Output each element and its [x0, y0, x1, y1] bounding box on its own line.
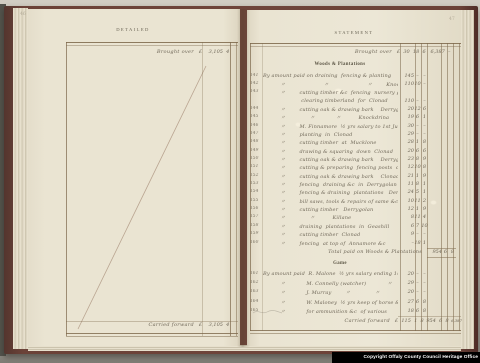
entry-description: 〃 J. Murray 〃 〃 — [263, 289, 398, 297]
ledger-row: 162 〃 M. Connelly (watcher) 〃29–– — [250, 280, 428, 288]
brought-over-label: Brought over — [70, 49, 197, 55]
rule-line — [250, 43, 461, 44]
entry-description: clearing timberland for Clonad — [263, 98, 398, 106]
page-content: 46 47 DETAILED STATEMENT Brought over £ … — [0, 0, 480, 363]
rule-line — [66, 45, 238, 46]
entry-description: 〃 drawing & squaring down Clonad — [263, 148, 398, 156]
entry-description: 〃 draining plantations in Geashill — [263, 223, 398, 231]
rule-line — [66, 42, 238, 43]
entry-description: 〃 planting in Clonad — [263, 131, 398, 139]
rule-line — [250, 43, 251, 331]
ledger-row: 154 〃 fencing & draining plantations Der… — [250, 189, 428, 197]
rule-line — [427, 43, 428, 331]
rule-line — [250, 330, 461, 331]
ledger-photo: 46 47 DETAILED STATEMENT Brought over £ … — [0, 0, 480, 363]
rule-line — [459, 43, 460, 331]
rule-line — [447, 43, 448, 331]
ledger-row: 148 〃 cutting timber at Mucklone2818 — [250, 139, 428, 147]
ledger-row: 143 〃 cutting timber &c fencing nursery … — [250, 89, 428, 97]
section-total-row: Total paid on Woods & Plantations95468 — [250, 249, 456, 255]
left-page-number: 46 — [20, 12, 26, 17]
brought-over-line: Brought over £ 3,105 4 — [70, 49, 234, 55]
ledger-row: 146 〃 M. Finnamore ½ yrs salary to 1st J… — [250, 123, 428, 131]
total-amount-a: 954 — [426, 249, 442, 255]
cancellation-line — [28, 9, 240, 347]
carried-forward-amount-3: 6,387 — [450, 318, 462, 324]
brought-over-label: Brought over — [250, 49, 395, 55]
rule-line — [398, 316, 461, 317]
entry-description: 〃 for ammunition &c of various — [263, 308, 398, 316]
ledger-row: 158 〃 draining plantations in Geashill67… — [250, 223, 428, 231]
rule-line — [441, 43, 442, 331]
entry-description: 〃 〃 〃 Knockdrina — [263, 114, 398, 122]
rule-line — [66, 333, 238, 334]
foxing-spot — [430, 200, 437, 205]
currency-symbol: £ — [393, 318, 400, 324]
ledger-row: 147 〃 planting in Clonad29–– — [250, 131, 428, 139]
brought-over-line: Brought over £ 30 18 6 6,387 – — [250, 49, 454, 55]
ledger-row: 151 〃 cutting & preparing fencing posts … — [250, 164, 428, 172]
entry-description: 〃 〃 Killane — [263, 214, 398, 222]
ledger-row: 145 〃 〃 〃 Knockdrina1961 — [250, 114, 428, 122]
entry-description: 〃 cutting & preparing fencing posts on l… — [263, 164, 398, 172]
entry-description: 〃 W. Maloney ½ yrs keep of horse & dogs — [263, 299, 398, 307]
rule-line — [421, 43, 422, 331]
entry-description: 〃 cutting timber &c fencing nursery grou… — [263, 89, 398, 97]
entry-description: 〃 fencing at top of Annamore &c — [263, 240, 398, 248]
rule-line — [66, 42, 67, 336]
rule-line — [262, 43, 263, 331]
ledger-row: 152 〃 cutting oak & drawing bark Clonad2… — [250, 173, 428, 181]
entry-description: 〃 cutting timber at Mucklone — [263, 139, 398, 147]
ledger-row: 141By amount paid on draining fencing & … — [250, 73, 428, 81]
ledger-row: 150 〃 cutting oak & drawing bark Derrygo… — [250, 156, 428, 164]
ledger-row: 144 〃 cutting oak & drawing bark Derrygo… — [250, 106, 428, 114]
rule-line — [236, 42, 237, 336]
entry-description: 〃 bill saws, tools & repairs of same &c — [263, 198, 398, 206]
ledger-row: 160 〃 fencing at top of Annamore &c–181 — [250, 240, 428, 248]
section-heading: Game — [250, 261, 430, 266]
entry-description: By amount paid R. Malone ½ yrs salary en… — [263, 271, 398, 279]
entry-description: 〃 cutting oak & drawing bark Derrygolan — [263, 156, 398, 164]
entry-description: 〃 〃 〃 Knockdrina — [263, 81, 398, 89]
carried-forward-label: Carried forward — [250, 318, 393, 324]
rule-line — [250, 46, 461, 47]
ledger-row: 164 〃 W. Maloney ½ yrs keep of horse & d… — [250, 299, 428, 307]
entry-description: 〃 cutting timber Derrygolan — [263, 206, 398, 214]
carried-forward-line: Carried forward £ 3,105 4 — [70, 322, 234, 328]
copyright-watermark: Copyright Offaly County Council Heritage… — [332, 352, 480, 363]
ledger-row: 161By amount paid R. Malone ½ yrs salary… — [250, 271, 428, 279]
ledger-row: 142 〃 〃 〃 Knockdrina11010– — [250, 81, 428, 89]
entry-description: 〃 fencing draining &c in Derrygolan — [263, 181, 398, 189]
left-page-header: DETAILED — [63, 27, 203, 32]
ledger-row: 153 〃 fencing draining &c in Derrygolan1… — [250, 181, 428, 189]
entry-description: 〃 cutting timber Clonad — [263, 231, 398, 239]
ledger-row: 156 〃 cutting timber Derrygolan1219 — [250, 206, 428, 214]
section-heading: Woods & Plantations — [250, 62, 430, 67]
ledger-row: 163 〃 J. Murray 〃 〃20–– — [250, 289, 428, 297]
rule-line — [415, 43, 416, 331]
ledger-row: 157 〃 〃 Killane8114 — [250, 214, 428, 222]
rule-line — [230, 42, 231, 336]
rule-line — [66, 336, 238, 337]
right-page-header: STATEMENT — [284, 30, 424, 35]
entry-description: 〃 M. Connelly (watcher) 〃 — [263, 280, 398, 288]
rule-line — [453, 43, 454, 331]
ledger-row: 155 〃 bill saws, tools & repairs of same… — [250, 198, 428, 206]
rule-line — [66, 321, 238, 322]
entry-description: By amount paid on draining fencing & pla… — [263, 73, 398, 81]
entry-description: 〃 cutting oak & drawing bark Clonad — [263, 173, 398, 181]
ledger-row: 159 〃 cutting timber Clonad9–– — [250, 231, 428, 239]
rule-line — [202, 42, 203, 336]
carried-forward-line: Carried forward £ 115 1 8 954 6 8 6,387 — [250, 318, 462, 324]
ledger-row: 149 〃 drawing & squaring down Clonad2066 — [250, 148, 428, 156]
ledger-row: 165 〃 for ammunition &c of various1868 — [250, 308, 428, 316]
rule-line — [250, 333, 461, 334]
entry-description: 〃 cutting oak & drawing bark Derrygolan — [263, 106, 398, 114]
carried-forward-label: Carried forward — [70, 322, 197, 328]
rule-line — [400, 43, 401, 331]
entry-description: 〃 fencing & draining plantations Derrygo… — [263, 189, 398, 197]
right-page-number: 47 — [449, 17, 455, 22]
entry-description: 〃 M. Finnamore ½ yrs salary to 1st June … — [263, 123, 398, 131]
ledger-row: clearing timberland for Clonad110–– — [250, 98, 428, 106]
